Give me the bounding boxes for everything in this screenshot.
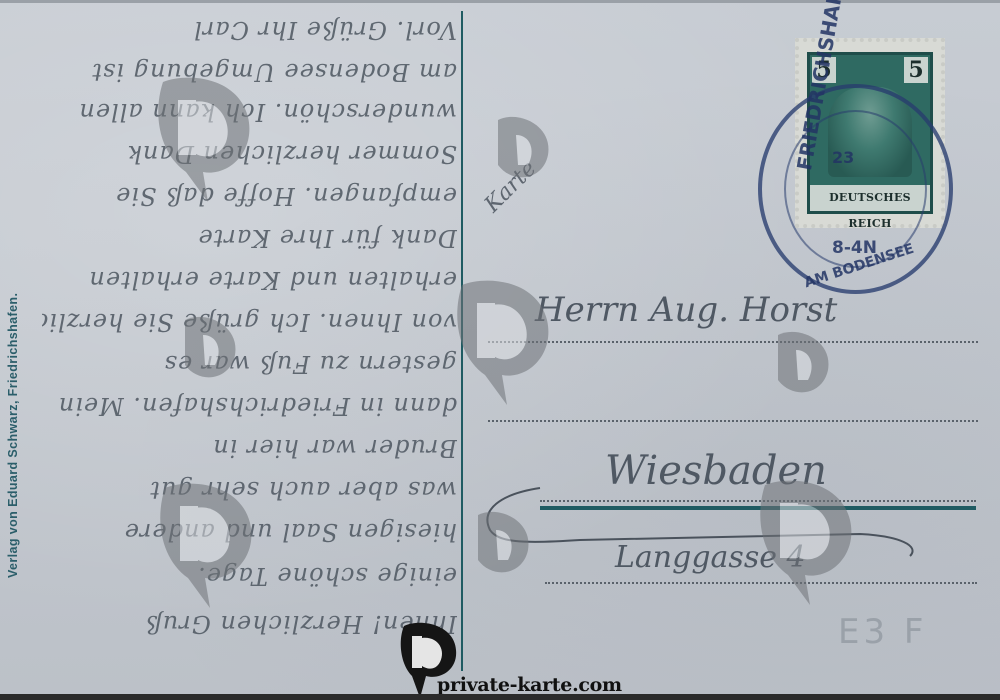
watermark-logo-icon — [750, 475, 860, 605]
watermark-small-icon — [768, 325, 838, 405]
stamp-value-right: 5 — [904, 57, 928, 83]
postmark-cancellation: FRIEDRICHSHAFEN 23 8-4N AM BODENSEE — [758, 84, 953, 294]
postmark-date: 23 — [832, 148, 854, 167]
message-line: erhalten und Karte erhalten — [42, 266, 457, 294]
message-line: Bruder war hier in — [42, 434, 457, 462]
address-line-1 — [488, 341, 978, 343]
watermark-logo-icon — [148, 72, 258, 202]
address-line-2 — [488, 420, 978, 422]
publisher-imprint: Verlag von Eduard Schwarz, Friedrichshaf… — [6, 293, 20, 578]
message-line: Dank für Ihre Karte — [42, 224, 457, 252]
watermark-small-icon — [175, 310, 245, 390]
message-line: Ihnen! Herzlichen Gruß — [42, 610, 457, 638]
pencil-note: E3 F — [838, 612, 927, 652]
message-line: Vorl. Grüße Ihr Carl — [42, 16, 457, 44]
watermark-small-icon — [468, 505, 538, 585]
watermark-brand-text: private-karte.com — [437, 674, 622, 696]
watermark-small-icon — [488, 110, 558, 190]
card-top-edge — [0, 0, 1000, 3]
card-bottom-edge — [0, 694, 1000, 700]
message-line: gestern zu Fuß war es — [42, 350, 457, 378]
watermark-logo-icon — [447, 275, 557, 405]
watermark-logo-icon — [150, 478, 260, 608]
postcard: Verlag von Eduard Schwarz, Friedrichshaf… — [0, 0, 1000, 700]
recipient-name: Herrn Aug. Horst — [535, 290, 837, 330]
message-line: dann in Friedrichshafen. Mein — [42, 392, 457, 420]
message-line: von Ihnen. Ich grüße Sie herzlich — [42, 308, 457, 336]
